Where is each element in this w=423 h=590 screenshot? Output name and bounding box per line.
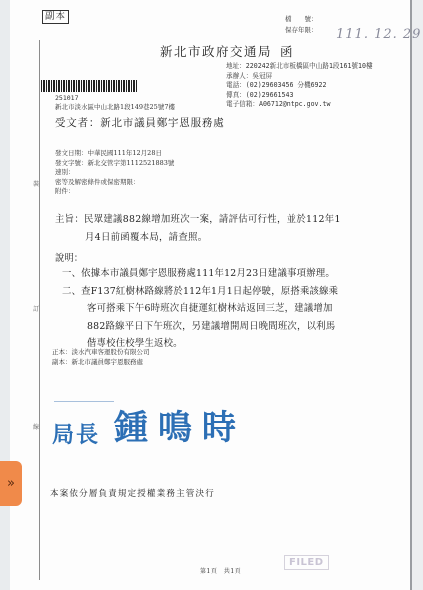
double-chevron-right-icon: » [7,476,15,491]
page-right-edge [410,0,423,590]
binding-mark-ding: 訂 [33,303,39,314]
filed-stamp: FILED [284,555,329,570]
explanation-item-2-line-1: 二、查F137紅樹林路線將於112年1月1日起停駛，原搭乘該線乘 [62,283,392,301]
binding-mark-xian: 線 [33,421,39,432]
issue-number: 發文字號：新北交管字第1112521883號 [55,159,174,169]
signature-name: 鍾鳴時 [114,400,246,449]
document-title: 新北市政府交通局函 [160,42,294,60]
signature-rank: 局長 [52,418,100,449]
attachments: 附件： [55,187,174,197]
document-type: 函 [280,44,294,59]
original-recipient: 正本：淡水汽車客運股份有限公司 [52,348,150,358]
contact-fax: 傳真：(02)29661543 [226,91,373,101]
issue-date: 發文日期：中華民國111年12月28日 [55,149,174,159]
barcode [41,80,137,92]
copy-recipient: 副本：新北市議員鄭宇恩服務處 [52,358,150,368]
explanation-item-2-line-3: 882路線平日下午班次，另建議增開周日晚間班次，以利馬 [62,318,392,336]
subject-label: 主旨： [55,214,84,225]
explanation-label: 說明： [55,250,83,264]
contact-handler: 承辦人：吳冠屏 [226,72,373,82]
explanation-item-1: 一、依據本市議員鄭宇恩服務處111年12月23日建議事項辦理。 [62,265,392,283]
expand-panel-button[interactable]: » [0,461,22,506]
recipient: 受文者：新北市議員鄭宇恩服務處 [55,115,225,130]
subject-line-2: 月4日前函覆本局，請查照。 [55,229,385,247]
zipcode: 251017 [55,94,78,102]
recipient-address: 新北市淡水區中山北路1段149巷25號7樓 [55,102,175,111]
distribution-list: 正本：淡水汽車客運股份有限公司 副本：新北市議員鄭宇恩服務處 [52,348,150,367]
contact-block: 地址：220242新北市板橋區中山路1段161號10樓 承辦人：吳冠屏 電話：(… [226,62,373,110]
subject-section: 主旨：民眾建議882線增加班次一案，請評估可行性，並於112年1 月4日前函覆本… [55,211,385,247]
issuing-agency: 新北市政府交通局 [160,44,272,59]
page-number: 第1頁 共1頁 [200,566,241,575]
secrecy-level: 密等及解密條件或保密期限： [55,178,174,188]
retention-date-stamp: 111. 12. 29 [336,27,421,42]
delegation-note: 本案依分層負責規定授權業務主管決行 [50,487,215,499]
subject-line-1: 民眾建議882線增加班次一案，請評估可行性，並於112年1 [84,214,341,225]
explanation-items: 一、依據本市議員鄭宇恩服務處111年12月23日建議事項辦理。 二、查F137紅… [62,265,392,353]
delivery-speed: 速別： [55,168,174,178]
contact-email: 電子信箱：A06712@ntpc.gov.tw [226,100,373,110]
binding-line [39,40,40,580]
file-number-label: 檔 號： [285,14,345,25]
document-meta: 發文日期：中華民國111年12月28日 發文字號：新北交管字第111252188… [55,149,174,197]
signature-stamp: 局長 鍾鳴時 [52,400,246,449]
contact-phone: 電話：(02)29603456 分機6922 [226,81,373,91]
contact-address: 地址：220242新北市板橋區中山路1段161號10樓 [226,62,373,72]
explanation-item-2-line-2: 客可搭乘下午6時班次自捷運紅樹林站返回三芝，建議增加 [62,300,392,318]
copy-stamp: 副本 [42,10,69,24]
binding-mark-zhuang: 裝 [33,178,39,189]
